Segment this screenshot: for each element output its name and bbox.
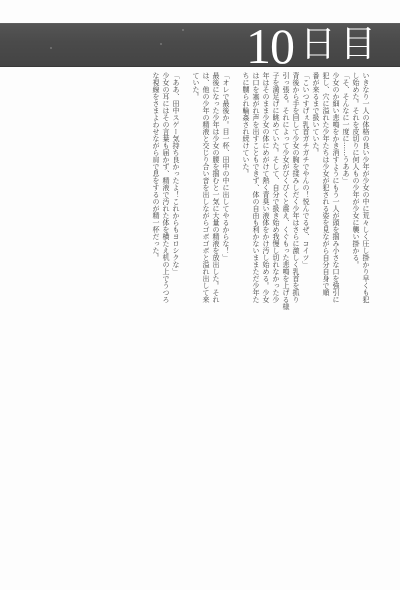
scan-speck — [182, 29, 184, 31]
text-column: ちに嬲られ輪姦され続けていた。 — [241, 72, 251, 317]
text-column: ていた。 — [191, 72, 201, 317]
scan-speck — [50, 47, 52, 49]
blank-column — [181, 72, 191, 317]
text-column: 背後から手を回して少女の胸を揉みしだく少年はさらに激しく乳首を抓り — [291, 72, 301, 317]
text-column: は口を塞がれ声を出すこともできず、体の自由も利かないままただ少年た — [251, 72, 261, 317]
text-column: 少女の耳にはその言葉も届かず、精液で汚れた体を横たえ机の上でうつろ — [161, 72, 171, 317]
text-column: 「そ、そんなに一度に……うああ」 — [341, 72, 351, 317]
blank-column — [231, 72, 241, 317]
text-column: 「ああ、田中スゲー気持ち良かったよ！これからもヨロシクな」 — [171, 72, 181, 317]
chapter-unit: 日目 — [300, 27, 380, 63]
chapter-number: 10 — [246, 21, 294, 71]
chapter-title: 10 日目 — [246, 23, 376, 67]
text-column: は、他の少年の精液と交じり合い音を出しながらゴボゴボと溢れ出して来 — [201, 72, 211, 317]
text-column: し始めた。それを皮切りに何人もの少年が少女に襲い掛かる。 — [351, 72, 361, 317]
text-column: な視線をさまよわせながら肩で息をするのが精一杯だった。 — [151, 72, 161, 317]
text-column: 犯し、穴に溢れた少年たちは少女が犯される姿を見ながら自分自身で順 — [321, 72, 331, 317]
scan-speck — [160, 43, 162, 45]
text-column: いきなり一人の体格の良い少年が少女の中に荒々しく圧し掛かり早くも犯 — [361, 72, 371, 317]
vertical-text-block: いきなり一人の体格の良い少年が少女の中に荒々しく圧し掛かり早くも犯 し始めた。そ… — [151, 72, 371, 317]
text-column: 引っ張る。それによって少女がびくびくと震え、くぐもった悲鳴を上げる様 — [281, 72, 291, 317]
book-page: 10 日目 いきなり一人の体格の良い少年が少女の中に荒々しく圧し掛かり早くも犯 … — [0, 0, 400, 590]
chapter-header-bar: 10 日目 — [0, 23, 400, 67]
text-column: 番が来るまで扱いていた。 — [311, 72, 321, 317]
text-column: 「オレで最後か。目一杯、田中の中に出してやるからな！」 — [221, 72, 231, 317]
text-column: 年はそのまま少女の体にめがけて熱く青臭い液体をかけ汚し始める。少女 — [261, 72, 271, 317]
text-column: 少女のか細い悲鳴をかき消すようにもう一人が頭を掴み小さな口を強引に — [331, 72, 341, 317]
text-column: 「こいつすげぇ乳首ガチガチでやんの！悦んでるぜ、コイツ」 — [301, 72, 311, 317]
text-column: 子を満足げに眺めていた。そして、自分で扱き始め我慢し切れなかった少 — [271, 72, 281, 317]
text-column: 最後になった少年は少女の腰を掴むと一気に大量の精液を放出した。それ — [211, 72, 221, 317]
